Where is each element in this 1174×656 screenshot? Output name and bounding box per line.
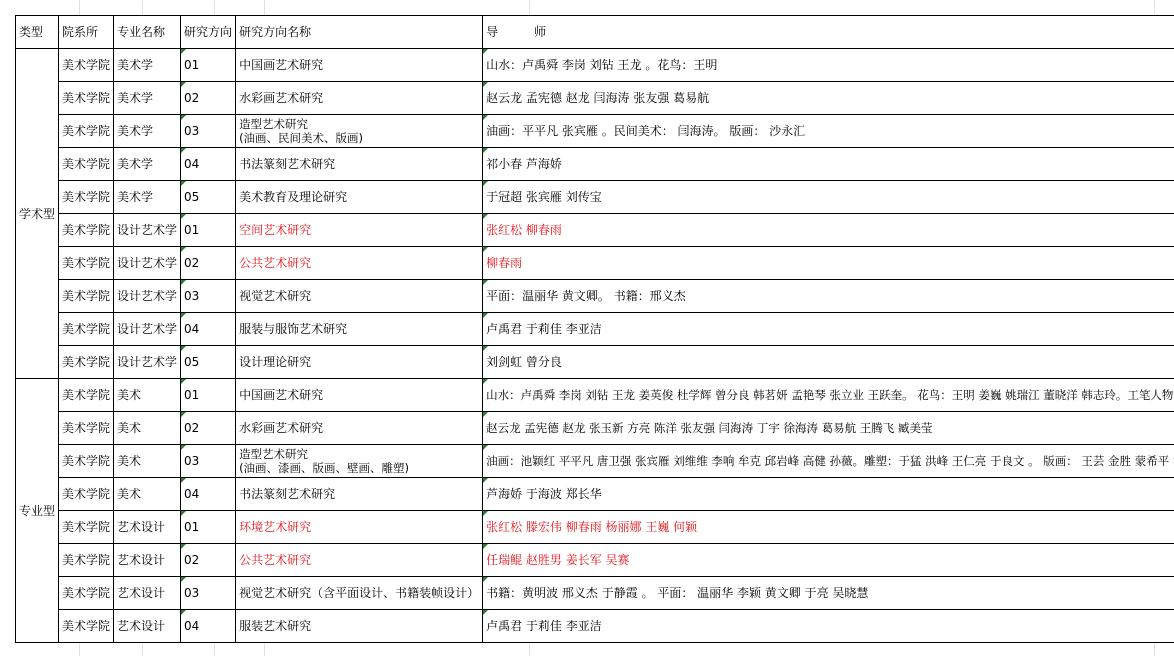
table-row: 美术学院美术学04书法篆刻艺术研究祁小春 芦海娇 bbox=[16, 148, 1174, 181]
table-row: 美术学院艺术设计01环境艺术研究张红松 滕宏伟 柳春雨 杨丽娜 王巍 何颖 bbox=[16, 511, 1174, 544]
header-row: 类型 院系所 专业名称 研究方向 研究方向名称 导 师 bbox=[16, 16, 1174, 49]
code-cell[interactable]: 04 bbox=[181, 610, 236, 643]
table-row: 美术学院设计艺术学01空间艺术研究张红松 柳春雨 bbox=[16, 214, 1174, 247]
code-cell[interactable]: 03 bbox=[181, 445, 236, 478]
tutor-cell[interactable]: 柳春雨 bbox=[483, 247, 1174, 280]
code-cell[interactable]: 01 bbox=[181, 511, 236, 544]
tutor-cell[interactable]: 油画：平平凡 张宾雁 。民间美术： 闫海涛。 版画： 沙永汇 bbox=[483, 115, 1174, 148]
dept-cell[interactable]: 美术学院 bbox=[59, 544, 114, 577]
header-dept[interactable]: 院系所 bbox=[59, 16, 114, 49]
code-cell[interactable]: 02 bbox=[181, 412, 236, 445]
major-cell[interactable]: 美术 bbox=[114, 478, 181, 511]
table-row: 美术学院艺术设计04服装艺术研究卢禹君 于莉佳 李亚洁 bbox=[16, 610, 1174, 643]
tutor-cell[interactable]: 芦海娇 于海波 郑长华 bbox=[483, 478, 1174, 511]
table-row: 美术学院美术学05美术教育及理论研究于冠超 张宾雁 刘传宝 bbox=[16, 181, 1174, 214]
dept-cell[interactable]: 美术学院 bbox=[59, 148, 114, 181]
code-cell[interactable]: 01 bbox=[181, 49, 236, 82]
direction-name-cell[interactable]: 中国画艺术研究 bbox=[236, 379, 483, 412]
direction-name-cell[interactable]: 水彩画艺术研究 bbox=[236, 82, 483, 115]
tutor-cell[interactable]: 于冠超 张宾雁 刘传宝 bbox=[483, 181, 1174, 214]
code-cell[interactable]: 02 bbox=[181, 247, 236, 280]
tutor-cell[interactable]: 山水：卢禹舜 李岗 刘钻 王龙 姜英俊 杜学辉 曾分良 韩茗妍 孟艳琴 张立业 … bbox=[483, 379, 1174, 412]
code-cell[interactable]: 01 bbox=[181, 379, 236, 412]
table-row: 学术型美术学院美术学01中国画艺术研究山水：卢禹舜 李岗 刘钻 王龙 。花鸟：王… bbox=[16, 49, 1174, 82]
dept-cell[interactable]: 美术学院 bbox=[59, 511, 114, 544]
direction-name-cell[interactable]: 水彩画艺术研究 bbox=[236, 412, 483, 445]
code-cell[interactable]: 04 bbox=[181, 313, 236, 346]
direction-name-cell[interactable]: 服装与服饰艺术研究 bbox=[236, 313, 483, 346]
dept-cell[interactable]: 美术学院 bbox=[59, 379, 114, 412]
table-row: 美术学院美术学03造型艺术研究 (油画、民间美术、版画)油画：平平凡 张宾雁 。… bbox=[16, 115, 1174, 148]
major-cell[interactable]: 设计艺术学 bbox=[114, 214, 181, 247]
major-cell[interactable]: 艺术设计 bbox=[114, 544, 181, 577]
direction-name-cell[interactable]: 视觉艺术研究 bbox=[236, 280, 483, 313]
code-cell[interactable]: 05 bbox=[181, 346, 236, 379]
major-cell[interactable]: 美术 bbox=[114, 379, 181, 412]
major-cell[interactable]: 美术学 bbox=[114, 49, 181, 82]
tutor-cell[interactable]: 油画：池颖红 平平凡 唐卫强 张宾雁 刘维维 李响 牟克 邱岩峰 高健 孙薇。雕… bbox=[483, 445, 1174, 478]
code-cell[interactable]: 03 bbox=[181, 280, 236, 313]
direction-name-cell[interactable]: 书法篆刻艺术研究 bbox=[236, 148, 483, 181]
table-row: 美术学院美术学02水彩画艺术研究赵云龙 孟宪德 赵龙 闫海涛 张友强 葛易航 bbox=[16, 82, 1174, 115]
major-cell[interactable]: 美术学 bbox=[114, 148, 181, 181]
code-cell[interactable]: 02 bbox=[181, 544, 236, 577]
major-cell[interactable]: 设计艺术学 bbox=[114, 313, 181, 346]
major-cell[interactable]: 美术学 bbox=[114, 82, 181, 115]
header-tutor[interactable]: 导 师 bbox=[483, 16, 1174, 49]
direction-name-cell[interactable]: 造型艺术研究 (油画、民间美术、版画) bbox=[236, 115, 483, 148]
code-cell[interactable]: 02 bbox=[181, 82, 236, 115]
tutor-cell[interactable]: 赵云龙 孟宪德 赵龙 闫海涛 张友强 葛易航 bbox=[483, 82, 1174, 115]
direction-name-cell[interactable]: 空间艺术研究 bbox=[236, 214, 483, 247]
major-cell[interactable]: 设计艺术学 bbox=[114, 247, 181, 280]
type-cell[interactable]: 专业型 bbox=[16, 379, 59, 643]
tutor-cell[interactable]: 任瑞鲲 赵胜男 姜长军 吴赛 bbox=[483, 544, 1174, 577]
tutor-cell[interactable]: 祁小春 芦海娇 bbox=[483, 148, 1174, 181]
code-cell[interactable]: 04 bbox=[181, 478, 236, 511]
dept-cell[interactable]: 美术学院 bbox=[59, 610, 114, 643]
direction-name-cell[interactable]: 环境艺术研究 bbox=[236, 511, 483, 544]
major-cell[interactable]: 美术 bbox=[114, 412, 181, 445]
direction-name-cell[interactable]: 公共艺术研究 bbox=[236, 247, 483, 280]
dept-cell[interactable]: 美术学院 bbox=[59, 346, 114, 379]
major-cell[interactable]: 设计艺术学 bbox=[114, 346, 181, 379]
dept-cell[interactable]: 美术学院 bbox=[59, 214, 114, 247]
type-cell[interactable]: 学术型 bbox=[16, 49, 59, 379]
code-cell[interactable]: 05 bbox=[181, 181, 236, 214]
major-cell[interactable]: 艺术设计 bbox=[114, 610, 181, 643]
code-cell[interactable]: 03 bbox=[181, 577, 236, 610]
major-cell[interactable]: 艺术设计 bbox=[114, 511, 181, 544]
direction-name-cell[interactable]: 服装艺术研究 bbox=[236, 610, 483, 643]
tutor-cell[interactable]: 张红松 柳春雨 bbox=[483, 214, 1174, 247]
direction-name-cell[interactable]: 造型艺术研究 (油画、漆画、版画、壁画、雕塑) bbox=[236, 445, 483, 478]
tutor-table: 类型 院系所 专业名称 研究方向 研究方向名称 导 师 学术型美术学院美术学01… bbox=[15, 15, 1174, 643]
dept-cell[interactable]: 美术学院 bbox=[59, 478, 114, 511]
tutor-cell[interactable]: 卢禹君 于莉佳 李亚洁 bbox=[483, 610, 1174, 643]
table-row: 专业型美术学院美术01中国画艺术研究山水：卢禹舜 李岗 刘钻 王龙 姜英俊 杜学… bbox=[16, 379, 1174, 412]
dept-cell[interactable]: 美术学院 bbox=[59, 577, 114, 610]
major-cell[interactable]: 艺术设计 bbox=[114, 577, 181, 610]
major-cell[interactable]: 美术学 bbox=[114, 115, 181, 148]
dept-cell[interactable]: 美术学院 bbox=[59, 181, 114, 214]
dept-cell[interactable]: 美术学院 bbox=[59, 412, 114, 445]
table-row: 美术学院设计艺术学03视觉艺术研究平面：温丽华 黄文卿。 书籍：邢义杰 bbox=[16, 280, 1174, 313]
dept-cell[interactable]: 美术学院 bbox=[59, 115, 114, 148]
dept-cell[interactable]: 美术学院 bbox=[59, 49, 114, 82]
tutor-cell[interactable]: 张红松 滕宏伟 柳春雨 杨丽娜 王巍 何颖 bbox=[483, 511, 1174, 544]
direction-name-cell[interactable]: 设计理论研究 bbox=[236, 346, 483, 379]
tutor-cell[interactable]: 书籍：黄明波 邢义杰 于静霞 。 平面： 温丽华 李颖 黄文卿 于亮 吴晓慧 bbox=[483, 577, 1174, 610]
header-type[interactable]: 类型 bbox=[16, 16, 59, 49]
table-row: 美术学院艺术设计03视觉艺术研究（含平面设计、书籍装帧设计）书籍：黄明波 邢义杰… bbox=[16, 577, 1174, 610]
direction-name-cell[interactable]: 美术教育及理论研究 bbox=[236, 181, 483, 214]
direction-name-cell[interactable]: 视觉艺术研究（含平面设计、书籍装帧设计） bbox=[236, 577, 483, 610]
header-major[interactable]: 专业名称 bbox=[114, 16, 181, 49]
code-cell[interactable]: 01 bbox=[181, 214, 236, 247]
tutor-cell[interactable]: 刘剑虹 曾分良 bbox=[483, 346, 1174, 379]
tutor-cell[interactable]: 赵云龙 孟宪德 赵龙 张玉新 方亮 陈洋 张友强 闫海涛 丁宇 徐海涛 葛易航 … bbox=[483, 412, 1174, 445]
dept-cell[interactable]: 美术学院 bbox=[59, 82, 114, 115]
dept-cell[interactable]: 美术学院 bbox=[59, 280, 114, 313]
direction-name-cell[interactable]: 公共艺术研究 bbox=[236, 544, 483, 577]
dept-cell[interactable]: 美术学院 bbox=[59, 247, 114, 280]
table-row: 美术学院美术02水彩画艺术研究赵云龙 孟宪德 赵龙 张玉新 方亮 陈洋 张友强 … bbox=[16, 412, 1174, 445]
tutor-cell[interactable]: 卢禹君 于莉佳 李亚洁 bbox=[483, 313, 1174, 346]
direction-name-cell[interactable]: 中国画艺术研究 bbox=[236, 49, 483, 82]
dept-cell[interactable]: 美术学院 bbox=[59, 313, 114, 346]
code-cell[interactable]: 04 bbox=[181, 148, 236, 181]
code-cell[interactable]: 03 bbox=[181, 115, 236, 148]
direction-name-cell[interactable]: 书法篆刻艺术研究 bbox=[236, 478, 483, 511]
tutor-cell[interactable]: 山水：卢禹舜 李岗 刘钻 王龙 。花鸟：王明 bbox=[483, 49, 1174, 82]
table-row: 美术学院设计艺术学04服装与服饰艺术研究卢禹君 于莉佳 李亚洁 bbox=[16, 313, 1174, 346]
dept-cell[interactable]: 美术学院 bbox=[59, 445, 114, 478]
table-row: 美术学院美术04书法篆刻艺术研究芦海娇 于海波 郑长华 bbox=[16, 478, 1174, 511]
tutor-cell[interactable]: 平面：温丽华 黄文卿。 书籍：邢义杰 bbox=[483, 280, 1174, 313]
table-row: 美术学院设计艺术学05设计理论研究 刘剑虹 曾分良 bbox=[16, 346, 1174, 379]
table-row: 美术学院美术03造型艺术研究 (油画、漆画、版画、壁画、雕塑)油画：池颖红 平平… bbox=[16, 445, 1174, 478]
major-cell[interactable]: 设计艺术学 bbox=[114, 280, 181, 313]
major-cell[interactable]: 美术学 bbox=[114, 181, 181, 214]
table-row: 美术学院艺术设计02公共艺术研究任瑞鲲 赵胜男 姜长军 吴赛 bbox=[16, 544, 1174, 577]
major-cell[interactable]: 美术 bbox=[114, 445, 181, 478]
header-code[interactable]: 研究方向 bbox=[181, 16, 236, 49]
table-row: 美术学院设计艺术学02公共艺术研究柳春雨 bbox=[16, 247, 1174, 280]
header-name[interactable]: 研究方向名称 bbox=[236, 16, 483, 49]
